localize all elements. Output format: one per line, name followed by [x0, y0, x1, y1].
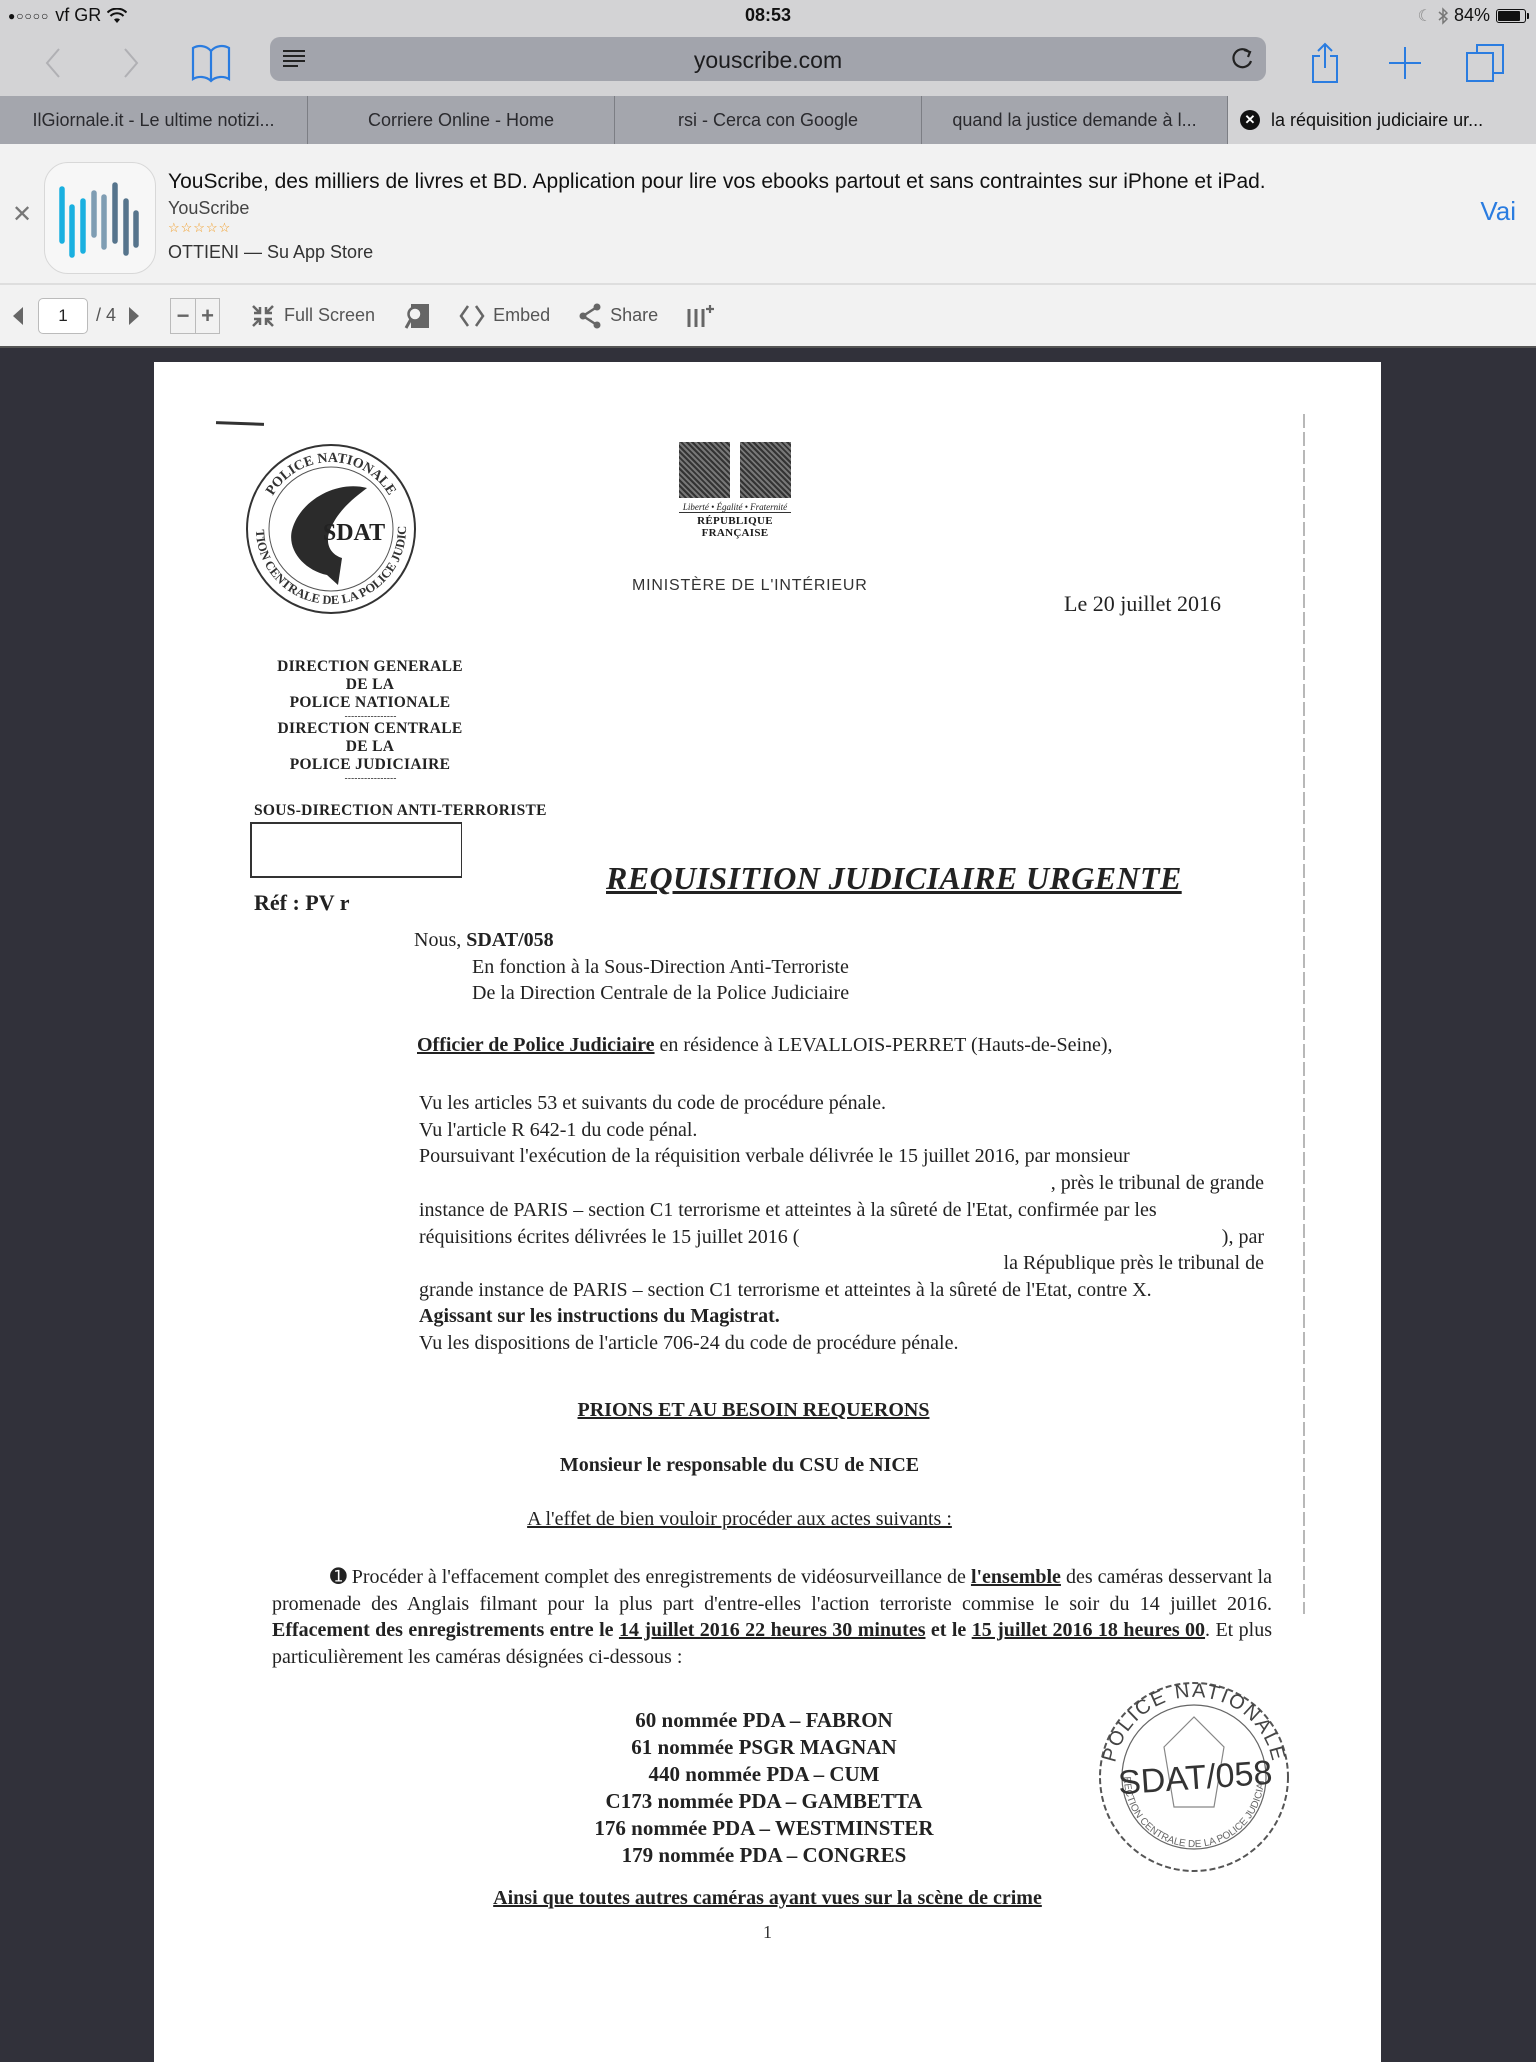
document-viewport[interactable]: POLICE NATIONALE DIRECTION CENTRALE DE L…	[0, 350, 1536, 2049]
reload-icon[interactable]	[1230, 46, 1256, 72]
add-to-library-button[interactable]	[686, 303, 716, 329]
close-banner-icon[interactable]: ✕	[12, 200, 32, 229]
item-emphasis: 14 juillet 2016 22 heures 30 minutes	[619, 1619, 926, 1641]
chevron-left-icon	[43, 47, 63, 79]
header-line: DE LA	[250, 676, 490, 694]
banner-title: YouScribe, des milliers de livres et BD.…	[168, 170, 1266, 194]
legal-line: Poursuivant l'exécution de la réquisitio…	[419, 1143, 1264, 1170]
republic-logo: Liberté • Égalité • Fraternité RÉPUBLIQU…	[679, 442, 791, 539]
rating-stars-icon: ☆☆☆☆☆	[168, 220, 231, 236]
legal-line: , près le tribunal de grande	[419, 1170, 1264, 1197]
legal-line: Vu l'article R 642-1 du code pénal.	[419, 1117, 1264, 1144]
redacted-box	[250, 822, 462, 878]
chevron-right-icon	[121, 47, 141, 79]
legal-line: la République près le tribunal de	[419, 1250, 1264, 1277]
nous-text: Nous,	[414, 929, 461, 951]
close-tab-icon[interactable]: ✕	[1240, 110, 1260, 130]
browser-tab[interactable]: quand la justice demande à l...	[922, 96, 1228, 144]
issuer-header: DIRECTION GENERALE DE LA POLICE NATIONAL…	[250, 658, 490, 782]
header-line: POLICE NATIONALE	[250, 694, 490, 712]
scan-artifact	[216, 421, 264, 426]
url-text: youscribe.com	[270, 47, 1266, 74]
legal-line: Vu les dispositions de l'article 706-24 …	[419, 1330, 1264, 1357]
address-bar[interactable]: youscribe.com	[270, 37, 1266, 81]
share-nodes-icon	[578, 303, 602, 329]
document-viewer-toolbar: 1 / 4 − + Full Screen Embed Share	[0, 285, 1536, 348]
tab-label: Corriere Online - Home	[368, 110, 554, 131]
svg-text:SDAT/058: SDAT/058	[1117, 1754, 1274, 1803]
header-line: DIRECTION GENERALE	[250, 658, 490, 676]
header-line: DE LA	[250, 738, 490, 756]
legal-text: réquisitions écrites délivrées le 15 jui…	[419, 1224, 799, 1251]
reference-number: Réf : PV r	[254, 890, 350, 916]
open-app-button[interactable]: Vai	[1480, 196, 1516, 227]
page-number: 1	[154, 1922, 1381, 1943]
sub-direction: SOUS-DIRECTION ANTI-TERRORISTE	[254, 802, 547, 820]
issuer-paragraph: Nous, SDAT/058 En fonction à la Sous-Dir…	[414, 927, 1214, 1007]
bullet-one-icon: ➊	[330, 1566, 347, 1588]
back-button[interactable]	[28, 38, 78, 88]
browser-tab[interactable]: rsi - Cerca con Google	[615, 96, 922, 144]
next-page-icon[interactable]	[128, 306, 140, 326]
header-line: POLICE JUDICIAIRE	[250, 756, 490, 774]
camera-item: C173 nommée PDA – GAMBETTA	[594, 1788, 934, 1815]
officer-residence: en résidence à LEVALLOIS-PERRET (Hauts-d…	[655, 1034, 1113, 1056]
action-item: ➊ Procéder à l'effacement complet des en…	[272, 1564, 1272, 1670]
sdat-seal-logo-icon: POLICE NATIONALE DIRECTION CENTRALE DE L…	[242, 440, 420, 618]
item-emphasis: 15 juillet 2016 18 heures 00	[972, 1619, 1205, 1641]
tab-label: quand la justice demande à l...	[952, 110, 1196, 131]
search-button[interactable]	[403, 302, 431, 330]
battery-percent: 84%	[1454, 5, 1490, 26]
browser-tab-active[interactable]: ✕ la réquisition judiciaire ur...	[1228, 96, 1536, 144]
do-not-disturb-icon: ☾	[1418, 6, 1432, 26]
share-icon	[1310, 42, 1340, 84]
scan-edge-line	[1303, 414, 1305, 1614]
tab-label: IlGiornale.it - Le ultime notizi...	[32, 110, 274, 131]
ministry-name: MINISTÈRE DE L'INTÉRIEUR	[632, 577, 868, 595]
tab-label: rsi - Cerca con Google	[678, 110, 858, 131]
browser-tab[interactable]: IlGiornale.it - Le ultime notizi...	[0, 96, 308, 144]
legal-text: , près le tribunal de grande	[1051, 1172, 1264, 1194]
acts-heading: A l'effet de bien vouloir procéder aux a…	[126, 1508, 1353, 1531]
share-label: Share	[610, 305, 658, 326]
browser-tab[interactable]: Corriere Online - Home	[308, 96, 615, 144]
camera-item: 440 nommée PDA – CUM	[594, 1761, 934, 1788]
officer-label: Officier de Police Judiciaire	[417, 1034, 655, 1056]
document-date: Le 20 juillet 2016	[1064, 591, 1221, 617]
republic-name: RÉPUBLIQUE FRANÇAISE	[679, 515, 791, 539]
zoom-controls: − +	[170, 298, 220, 334]
fullscreen-button[interactable]: Full Screen	[250, 303, 375, 329]
legal-line: grande instance de PARIS – section C1 te…	[419, 1277, 1264, 1304]
zoom-out-button[interactable]: −	[171, 299, 195, 333]
final-line: Ainsi que toutes autres caméras ayant vu…	[154, 1887, 1381, 1910]
official-stamp-icon: POLICE NATIONALE DIRECTION CENTRALE DE L…	[1084, 1677, 1304, 1877]
embed-label: Embed	[493, 305, 550, 326]
page-number-input[interactable]: 1	[38, 298, 88, 334]
code-brackets-icon	[459, 304, 485, 328]
zoom-in-button[interactable]: +	[195, 299, 219, 333]
function-line: De la Direction Centrale de la Police Ju…	[414, 980, 1214, 1007]
book-icon	[190, 43, 232, 83]
camera-item: 176 nommée PDA – WESTMINSTER	[594, 1815, 934, 1842]
banner-publisher: YouScribe	[168, 198, 249, 219]
republic-motto: Liberté • Égalité • Fraternité	[679, 502, 791, 513]
search-document-icon	[403, 302, 431, 330]
camera-item: 61 nommée PSGR MAGNAN	[594, 1734, 934, 1761]
function-line: En fonction à la Sous-Direction Anti-Ter…	[414, 954, 1214, 981]
document-title: REQUISITION JUDICIAIRE URGENTE	[606, 860, 1182, 897]
item-emphasis: Effacement des enregistrements entre le	[272, 1619, 619, 1641]
document-page: POLICE NATIONALE DIRECTION CENTRALE DE L…	[154, 362, 1381, 2049]
svg-text:SDAT: SDAT	[323, 520, 385, 546]
youscribe-app-icon[interactable]	[44, 162, 156, 274]
camera-list: 60 nommée PDA – FABRON 61 nommée PSGR MA…	[594, 1707, 934, 1869]
camera-item: 60 nommée PDA – FABRON	[594, 1707, 934, 1734]
tabs-icon	[1465, 43, 1505, 83]
item-text: Procéder à l'effacement complet des enre…	[347, 1566, 971, 1588]
divider: - - - - - - - - - - - - - - - -	[250, 712, 490, 720]
previous-page-icon[interactable]	[12, 306, 24, 326]
banner-store-text: OTTIENI — Su App Store	[168, 242, 373, 263]
share-button[interactable]: Share	[578, 303, 658, 329]
officer-paragraph: Officier de Police Judiciaire en résiden…	[417, 1032, 1317, 1059]
legal-text: ), par	[1222, 1224, 1264, 1251]
bookmarks-button[interactable]	[186, 38, 236, 88]
library-add-icon	[686, 303, 716, 329]
fullscreen-label: Full Screen	[284, 305, 375, 326]
plus-icon	[1387, 45, 1423, 81]
forward-button[interactable]	[106, 38, 156, 88]
officer-id: SDAT/058	[466, 929, 553, 951]
item-emphasis: et le	[926, 1619, 972, 1641]
legal-text: la République près le tribunal de	[1004, 1252, 1264, 1274]
tab-bar: IlGiornale.it - Le ultime notizi... Corr…	[0, 96, 1536, 144]
tab-label: la réquisition judiciaire ur...	[1271, 110, 1483, 131]
embed-button[interactable]: Embed	[459, 304, 550, 328]
camera-item: 179 nommée PDA – CONGRES	[594, 1842, 934, 1869]
status-bar: ●○○○○ vf GR 08:53 ☾ 84%	[0, 0, 1536, 32]
header-line: DIRECTION CENTRALE	[250, 720, 490, 738]
legal-line: réquisitions écrites délivrées le 15 jui…	[419, 1224, 1264, 1251]
fullscreen-collapse-icon	[250, 303, 276, 329]
browser-toolbar: youscribe.com	[0, 32, 1536, 96]
soundwave-logo-icon	[45, 163, 157, 275]
prions-heading: PRIONS ET AU BESOIN REQUERONS	[140, 1399, 1367, 1422]
divider: - - - - - - - - - - - - - - - -	[250, 774, 490, 782]
legal-line: instance de PARIS – section C1 terrorism…	[419, 1197, 1264, 1224]
addressee: Monsieur le responsable du CSU de NICE	[126, 1454, 1353, 1477]
battery-icon	[1496, 9, 1526, 23]
legal-line: Vu les articles 53 et suivants du code d…	[419, 1090, 1264, 1117]
total-pages: / 4	[96, 305, 116, 326]
marianne-emblem-icon	[679, 442, 791, 498]
tabs-overview-button[interactable]	[1460, 38, 1510, 88]
new-tab-button[interactable]	[1380, 38, 1430, 88]
instruction-line: Agissant sur les instructions du Magistr…	[419, 1305, 780, 1327]
bluetooth-icon	[1438, 7, 1448, 25]
item-emphasis: l'ensemble	[971, 1566, 1061, 1588]
legal-basis-paragraph: Vu les articles 53 et suivants du code d…	[419, 1090, 1264, 1356]
share-page-button[interactable]	[1300, 38, 1350, 88]
clock: 08:53	[0, 5, 1536, 26]
app-banner: ✕ YouScribe, des milliers de livres et B…	[0, 144, 1536, 285]
